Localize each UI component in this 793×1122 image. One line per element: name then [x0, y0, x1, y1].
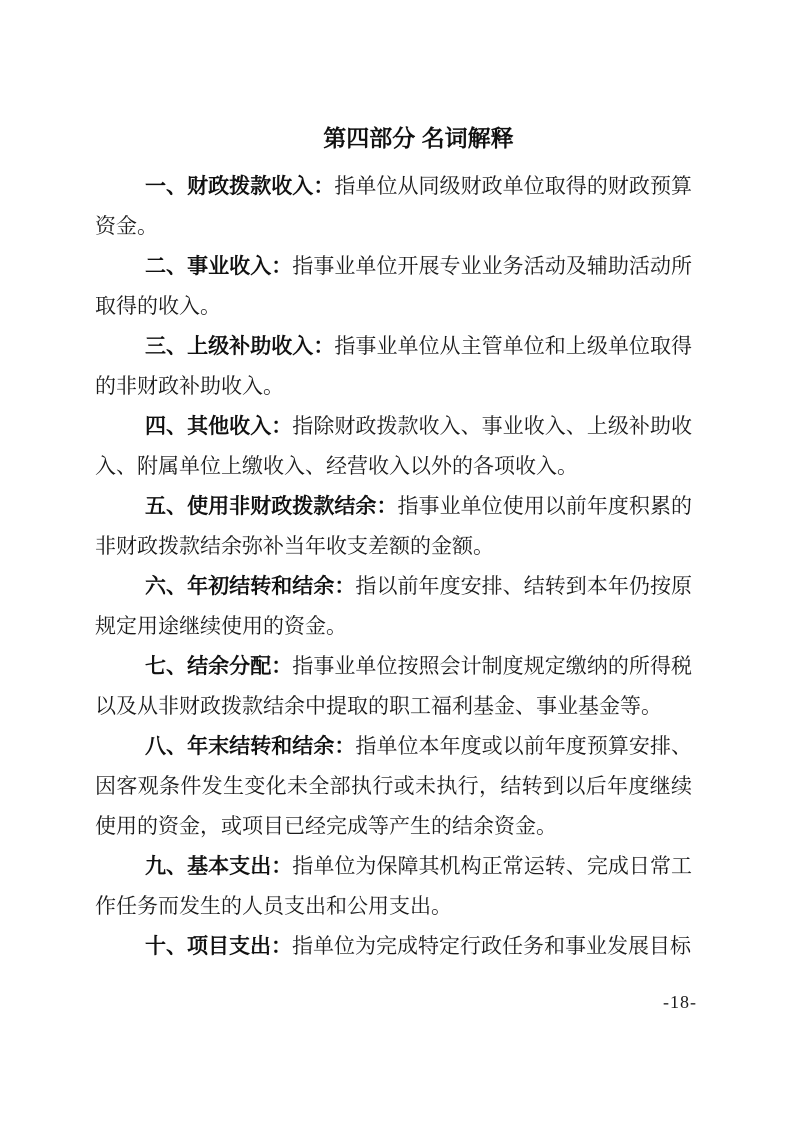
- glossary-item-9: 九、基本支出：指单位为保障其机构正常运转、完成日常工作任务而发生的人员支出和公用…: [95, 846, 692, 926]
- glossary-item-2: 二、事业收入：指事业单位开展专业业务活动及辅助活动所取得的收入。: [95, 246, 692, 326]
- glossary-list: 一、财政拨款收入：指单位从同级财政单位取得的财政预算资金。 二、事业收入：指事业…: [95, 166, 692, 966]
- glossary-item-7: 七、结余分配：指事业单位按照会计制度规定缴纳的所得税以及从非财政拨款结余中提取的…: [95, 646, 692, 726]
- glossary-item-3: 三、上级补助收入：指事业单位从主管单位和上级单位取得的非财政补助收入。: [95, 326, 692, 406]
- glossary-definition-10: 指单位为完成特定行政任务和事业发展目标: [292, 934, 691, 958]
- glossary-term-8: 八、年末结转和结余：: [145, 734, 355, 758]
- document-page: 第四部分 名词解释 一、财政拨款收入：指单位从同级财政单位取得的财政预算资金。 …: [0, 0, 793, 1122]
- page-number: -18-: [663, 991, 697, 1013]
- glossary-item-8: 八、年末结转和结余：指单位本年度或以前年度预算安排、因客观条件发生变化未全部执行…: [95, 726, 692, 846]
- glossary-item-6: 六、年初结转和结余：指以前年度安排、结转到本年仍按原规定用途继续使用的资金。: [95, 566, 692, 646]
- document-content: 第四部分 名词解释 一、财政拨款收入：指单位从同级财政单位取得的财政预算资金。 …: [95, 118, 692, 966]
- glossary-term-3: 三、上级补助收入：: [145, 334, 334, 358]
- glossary-term-5: 五、使用非财政拨款结余：: [145, 494, 397, 518]
- glossary-term-1: 一、财政拨款收入：: [145, 174, 334, 198]
- glossary-term-10: 十、项目支出：: [145, 934, 292, 958]
- glossary-term-4: 四、其他收入：: [145, 414, 292, 438]
- glossary-item-10: 十、项目支出：指单位为完成特定行政任务和事业发展目标: [95, 926, 692, 966]
- page-title: 第四部分 名词解释: [120, 118, 717, 158]
- glossary-term-9: 九、基本支出：: [145, 854, 292, 878]
- glossary-item-5: 五、使用非财政拨款结余：指事业单位使用以前年度积累的非财政拨款结余弥补当年收支差…: [95, 486, 692, 566]
- glossary-term-2: 二、事业收入：: [145, 254, 292, 278]
- glossary-item-1: 一、财政拨款收入：指单位从同级财政单位取得的财政预算资金。: [95, 166, 692, 246]
- glossary-item-4: 四、其他收入：指除财政拨款收入、事业收入、上级补助收入、附属单位上缴收入、经营收…: [95, 406, 692, 486]
- glossary-term-7: 七、结余分配：: [145, 654, 292, 678]
- glossary-term-6: 六、年初结转和结余：: [145, 574, 355, 598]
